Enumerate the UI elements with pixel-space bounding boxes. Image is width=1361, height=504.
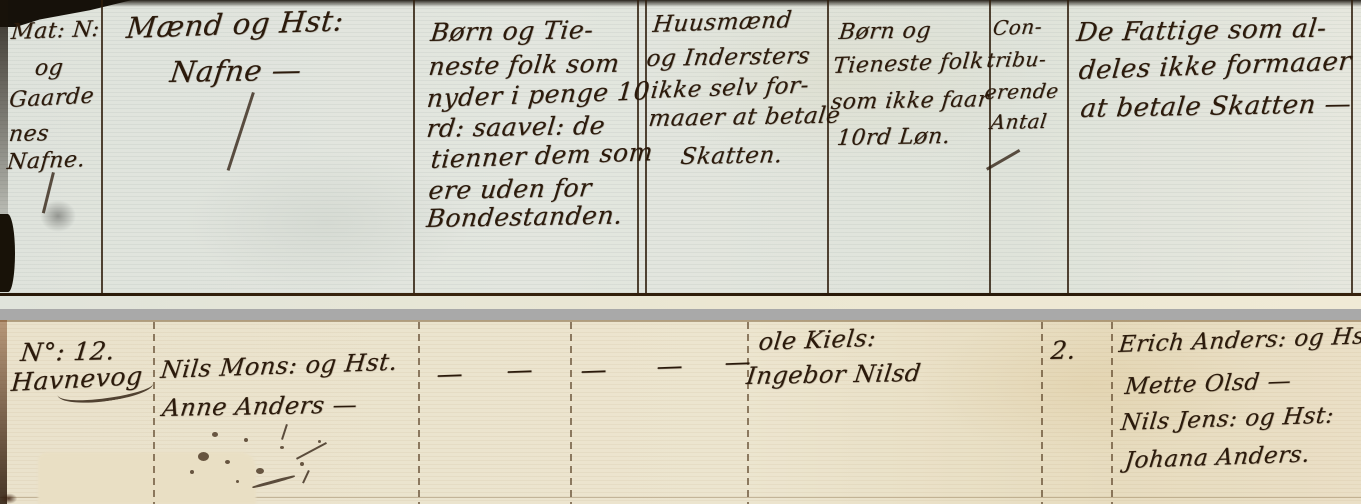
header-servants-paid-line: Bondestanden. [425,203,624,231]
scanned-register-page: Mat: N: og Gaarde nes Nafne. Mænd og Hst… [0,0,1361,504]
record-servants-unpaid-line: ole Kiels: [757,326,877,354]
record-couple-line: Nils Mons: og Hst. [159,350,398,382]
record-poor-line: Johana Anders. [1124,444,1312,473]
header-contributing-line: Con- [992,16,1043,38]
header-matr-line: Nafne. [6,149,86,174]
scan-divider [0,309,1361,320]
record-dash: — [436,361,463,388]
record-top-edge [0,320,1361,322]
header-contributing-line: Antal [990,111,1049,132]
header-strip: Mat: N: og Gaarde nes Nafne. Mænd og Hst… [0,0,1361,309]
record-couple-line: Anne Anders — [161,393,359,420]
record-dash: — [656,353,683,380]
header-matr-line: nes [8,123,50,146]
column-rule-right [1351,0,1353,294]
header-cottars-line: Skatten. [679,144,784,169]
column-rule-6 [1067,0,1069,294]
dark-corner-bottom-left [0,468,48,504]
record-column-rule-3 [570,322,572,504]
record-servants-unpaid-line: Ingebor Nilsd [745,361,922,388]
record-dash: — [506,357,533,384]
header-servants-paid-line: Børn og Tie- [429,17,594,45]
column-rule-5 [989,0,991,294]
record-strip: N°: 12. Havnevog Nils Mons: og Hst. Anne… [0,320,1361,504]
record-dash: — [580,357,607,384]
pen-flourish [227,92,255,171]
scan-top-edge [0,0,1361,7]
header-servants-unpaid-line: som ikke faar [830,89,990,114]
record-column-rule-2 [418,322,420,504]
column-rule-1 [101,0,103,294]
record-column-rule-1 [153,322,155,504]
header-cottars-line: ikke selv for- [650,75,810,103]
record-contributing-count: 2. [1050,338,1077,363]
header-poor-line: De Fattige som al- [1075,16,1328,46]
header-poor-line: deles ikke formaaer [1078,49,1353,84]
header-couples-line: Mænd og Hst: [125,6,345,43]
header-servants-unpaid-line: Børn og [838,20,932,44]
header-cottars-line: maaer at betale [647,105,841,131]
column-rule-2 [413,0,415,294]
record-poor-line: Erich Anders: og Hst. [1118,325,1361,357]
header-servants-paid-line: tienner dem som [430,139,654,172]
header-servants-unpaid-line: 10rd Løn. [836,126,952,150]
record-farm-number: N°: 12. [19,338,116,365]
header-bottom-margin [0,296,1361,309]
header-couples-line: Nafne — [168,56,303,87]
header-matr-line: og [34,58,65,80]
record-poor-line: Nils Jens: og Hst: [1120,405,1336,435]
ink-mark-left-edge [0,214,15,292]
header-poor-line: at betale Skatten — [1079,91,1352,122]
pen-slash [986,149,1020,170]
header-cottars-line: Huusmænd [652,9,793,37]
column-rule-4 [827,0,829,294]
record-poor-line: Mette Olsd — [1124,370,1293,399]
header-cottars-line: og Indersters [645,45,811,71]
header-matr-line: Gaarde [8,86,94,112]
header-servants-paid-line: rd: saavel: de [425,113,606,141]
header-matr-line: Mat: N: [10,19,101,44]
paper-patch [38,452,256,504]
header-contributing-line: erende [984,81,1060,102]
header-servants-paid-line: ere uden for [427,175,593,203]
header-contributing-line: tribu- [986,49,1048,70]
header-servants-unpaid-line: Tieneste folk [832,51,985,78]
header-servants-paid-line: nyder i penge 10 [426,78,651,111]
header-servants-paid-line: neste folk som [427,51,621,79]
record-column-rule-6 [1111,322,1113,504]
record-column-rule-5 [1041,322,1043,504]
